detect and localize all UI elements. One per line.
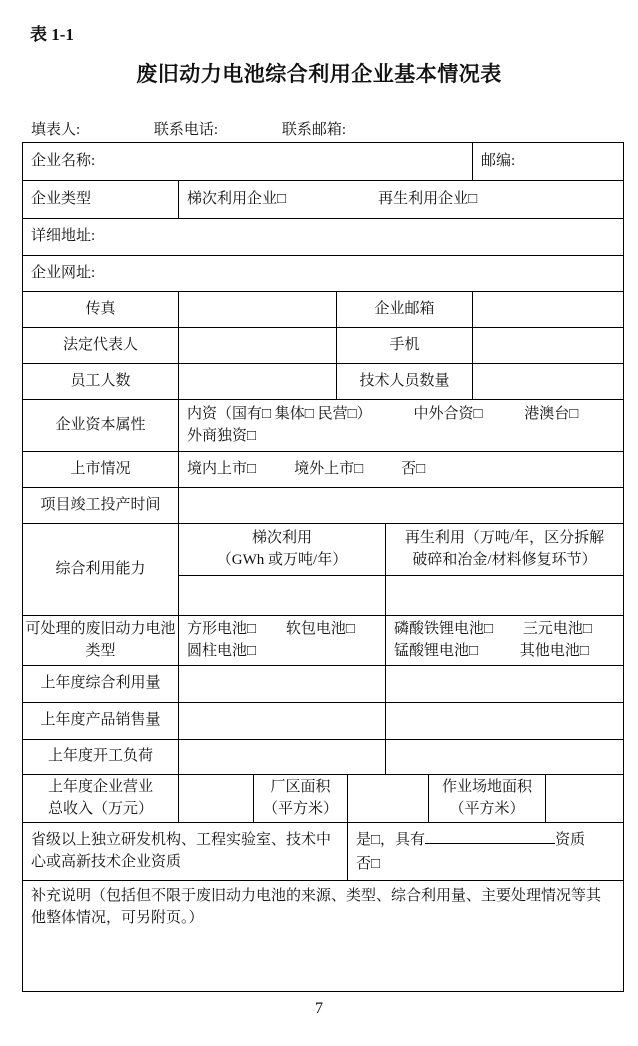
revenue-value-cell — [179, 775, 254, 823]
capital-options-line2: 外商独资□ — [187, 426, 256, 448]
battery-shape-options-line1: 方形电池□ 软包电池□ — [187, 619, 355, 641]
mobile-label: 手机 — [389, 335, 419, 357]
sales-echelon-value-cell — [179, 703, 386, 740]
tech-staff-label: 技术人员数量 — [359, 371, 449, 393]
load-recycle-value-cell — [386, 740, 623, 775]
capital-option-hmt: 港澳台□ — [524, 406, 578, 422]
completion-time-label: 项目竣工投产时间 — [40, 495, 160, 517]
tech-staff-label-cell: 技术人员数量 — [337, 364, 473, 400]
load-echelon-value-cell — [179, 740, 386, 775]
listing-label: 上市情况 — [70, 459, 130, 481]
factory-area-label-cell: 厂区面积 （平方米） — [254, 775, 348, 823]
utilization-label-cell: 上年度综合利用量 — [23, 666, 179, 703]
battery-types-label: 可处理的废旧动力电池类型 — [25, 619, 176, 663]
revenue-label-cell: 上年度企业营业 总收入（万元） — [23, 775, 179, 823]
battery-option-pouch: 软包电池□ — [286, 621, 355, 637]
battery-option-cylindrical: 圆柱电池□ — [187, 643, 256, 659]
capital-option-foreign: 外商独资□ — [187, 428, 256, 444]
company-type-option-recycle: 再生利用企业□ — [378, 189, 477, 211]
battery-shape-options-cell: 方形电池□ 软包电池□ 圆柱电池□ — [179, 616, 386, 666]
work-area-label-line2: （平方米） — [449, 799, 524, 821]
company-email-label-cell: 企业邮箱 — [337, 292, 473, 328]
capacity-echelon-value-cell — [179, 576, 386, 616]
battery-option-lfp: 磷酸铁锂电池□ — [394, 621, 493, 637]
qualification-no-option: 否□ — [356, 856, 380, 872]
factory-area-label-line2: （平方米） — [263, 799, 338, 821]
utilization-label: 上年度综合利用量 — [40, 673, 160, 695]
employees-label-cell: 员工人数 — [23, 364, 179, 400]
mobile-value-cell — [473, 328, 623, 364]
utilization-recycle-value-cell — [386, 666, 623, 703]
revenue-label-line2: 总收入（万元） — [48, 799, 153, 821]
revenue-label-line1: 上年度企业营业 — [48, 777, 153, 799]
company-type-label-cell: 企业类型 — [23, 181, 179, 219]
sales-label: 上年度产品销售量 — [40, 710, 160, 732]
work-area-label-cell: 作业场地面积 （平方米） — [429, 775, 546, 823]
company-type-label: 企业类型 — [31, 189, 91, 211]
qualification-options-cell: 是□，具有资质 否□ — [348, 823, 623, 881]
postal-code-label: 邮编: — [481, 151, 515, 173]
battery-chemistry-options-line1: 磷酸铁锂电池□ 三元电池□ — [394, 619, 592, 641]
qualification-yes-prefix: 是□，具有 — [356, 832, 425, 848]
mobile-label-cell: 手机 — [337, 328, 473, 364]
filler-name-label: 填表人: — [31, 122, 80, 138]
table-number-label: 表 1-1 — [30, 20, 74, 45]
document-page: 表 1-1 废旧动力电池综合利用企业基本情况表 填表人: 联系电话: 联系邮箱:… — [0, 0, 638, 1046]
qualification-no-line: 否□ — [356, 854, 380, 876]
qualification-yes-line: 是□，具有资质 — [356, 827, 585, 852]
listing-label-cell: 上市情况 — [23, 452, 179, 488]
capacity-echelon-header-line2: （GWh 或万吨/年） — [217, 550, 347, 572]
capital-options-cell: 内资（国有□ 集体□ 民营□） 中外合资□ 港澳台□ 外商独资□ — [179, 400, 623, 452]
battery-shape-options-line2: 圆柱电池□ — [187, 641, 256, 663]
factory-area-label-line1: 厂区面积 — [270, 777, 330, 799]
tech-staff-value-cell — [473, 364, 623, 400]
battery-chemistry-options-cell: 磷酸铁锂电池□ 三元电池□ 锰酸锂电池□ 其他电池□ — [386, 616, 623, 666]
address-cell: 详细地址: — [23, 219, 623, 256]
capacity-label: 综合利用能力 — [55, 559, 145, 581]
utilization-echelon-value-cell — [179, 666, 386, 703]
company-email-value-cell — [473, 292, 623, 328]
battery-option-other: 其他电池□ — [520, 643, 589, 659]
capacity-label-cell: 综合利用能力 — [23, 524, 179, 616]
listing-option-overseas: 境外上市□ — [294, 459, 363, 481]
page-number: 7 — [0, 1000, 638, 1018]
fax-label: 传真 — [85, 299, 115, 321]
form-table: 企业名称: 邮编: 企业类型 梯次利用企业□ 再生利用企业□ 详细地址: 企业网… — [22, 142, 624, 992]
completion-time-label-cell: 项目竣工投产时间 — [23, 488, 179, 524]
listing-option-domestic: 境内上市□ — [187, 459, 256, 481]
legal-rep-label-cell: 法定代表人 — [23, 328, 179, 364]
capacity-recycle-header-line2: 破碎和冶金/材料修复环节） — [412, 550, 596, 572]
sales-recycle-value-cell — [386, 703, 623, 740]
contact-phone-label: 联系电话: — [154, 122, 218, 138]
website-cell: 企业网址: — [23, 256, 623, 292]
qualification-label-cell: 省级以上独立研发机构、工程实验室、技术中心或高新技术企业资质 — [23, 823, 348, 881]
employees-value-cell — [179, 364, 337, 400]
qualification-yes-suffix: 资质 — [555, 832, 585, 848]
address-label: 详细地址: — [31, 226, 95, 248]
listing-option-no: 否□ — [401, 459, 425, 481]
company-name-cell: 企业名称: — [23, 143, 473, 181]
capital-option-joint-venture: 中外合资□ — [413, 406, 482, 422]
capital-label-cell: 企业资本属性 — [23, 400, 179, 452]
company-email-label: 企业邮箱 — [374, 299, 434, 321]
website-label: 企业网址: — [31, 263, 95, 285]
qualification-blank-line — [425, 827, 555, 844]
employees-label: 员工人数 — [70, 371, 130, 393]
work-area-value-cell — [546, 775, 623, 823]
qualification-label: 省级以上独立研发机构、工程实验室、技术中心或高新技术企业资质 — [31, 830, 339, 874]
load-label-cell: 上年度开工负荷 — [23, 740, 179, 775]
battery-option-ternary: 三元电池□ — [523, 621, 592, 637]
fax-label-cell: 传真 — [23, 292, 179, 328]
legal-rep-value-cell — [179, 328, 337, 364]
supplement-label: 补充说明（包括但不限于废旧动力电池的来源、类型、综合利用量、主要处理情况等其他整… — [31, 886, 615, 930]
legal-rep-label: 法定代表人 — [63, 335, 138, 357]
load-label: 上年度开工负荷 — [48, 746, 153, 768]
factory-area-value-cell — [348, 775, 429, 823]
listing-options-cell: 境内上市□ 境外上市□ 否□ — [179, 452, 623, 488]
battery-chemistry-options-line2: 锰酸锂电池□ 其他电池□ — [394, 641, 589, 663]
capital-option-domestic: 内资（国有□ 集体□ 民营□） — [187, 406, 372, 422]
capacity-recycle-header-cell: 再生利用（万吨/年，区分拆解 破碎和冶金/材料修复环节） — [386, 524, 623, 576]
battery-option-prismatic: 方形电池□ — [187, 621, 256, 637]
work-area-label-line1: 作业场地面积 — [442, 777, 532, 799]
capacity-echelon-header-cell: 梯次利用 （GWh 或万吨/年） — [179, 524, 386, 576]
contact-info-line: 填表人: 联系电话: 联系邮箱: — [31, 118, 346, 139]
fax-value-cell — [179, 292, 337, 328]
capacity-recycle-value-cell — [386, 576, 623, 616]
company-type-option-echelon: 梯次利用企业□ — [187, 189, 286, 211]
sales-label-cell: 上年度产品销售量 — [23, 703, 179, 740]
capital-options-line1: 内资（国有□ 集体□ 民营□） 中外合资□ 港澳台□ — [187, 404, 578, 426]
company-name-label: 企业名称: — [31, 151, 95, 173]
completion-time-value-cell — [179, 488, 623, 524]
battery-types-label-cell: 可处理的废旧动力电池类型 — [23, 616, 179, 666]
document-title: 废旧动力电池综合利用企业基本情况表 — [0, 58, 638, 88]
company-type-options-cell: 梯次利用企业□ 再生利用企业□ — [179, 181, 623, 219]
capacity-recycle-header-line1: 再生利用（万吨/年，区分拆解 — [405, 528, 604, 550]
supplement-cell: 补充说明（包括但不限于废旧动力电池的来源、类型、综合利用量、主要处理情况等其他整… — [23, 881, 623, 991]
battery-option-lmo: 锰酸锂电池□ — [394, 643, 478, 659]
postal-code-cell: 邮编: — [473, 143, 623, 181]
contact-email-label: 联系邮箱: — [282, 122, 346, 138]
capacity-echelon-header-line1: 梯次利用 — [252, 528, 312, 550]
capital-label: 企业资本属性 — [55, 415, 145, 437]
